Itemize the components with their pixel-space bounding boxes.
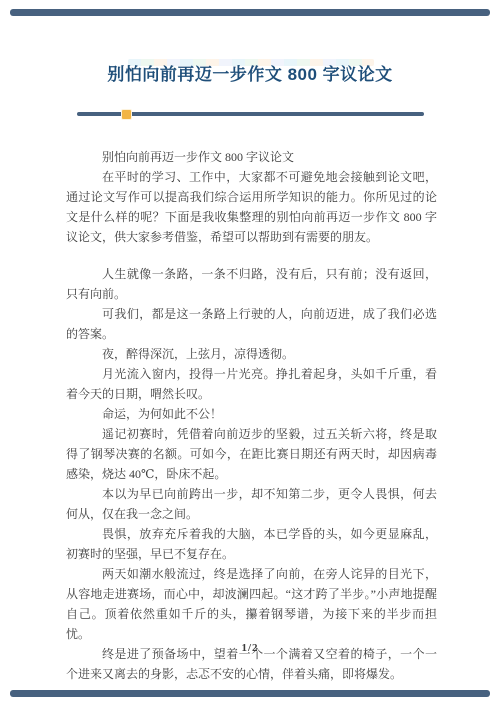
essay-paragraph: 别怕向前再迈一步作文 800 字议论文 <box>66 147 437 167</box>
divider-square-icon <box>121 109 132 120</box>
essay-paragraph: 遥记初赛时，凭借着向前迈步的坚毅，过五关斩六将，终是取得了钢琴决赛的名额。可如今… <box>66 424 437 484</box>
essay-paragraph: 月光流入窗内，投得一片光亮。挣扎着起身，头如千斤重，看着今天的日期，喟然长叹。 <box>66 364 437 404</box>
essay-paragraph: 本以为早已向前跨出一步，却不知第二步，更令人畏惧，何去何从，仅在我一念之间。 <box>66 484 437 524</box>
essay-paragraph: 两天如潮水般流过，终是选择了向前，在旁人诧异的目光下，从容地走进赛场，而心中，却… <box>66 564 437 644</box>
essay-paragraph: 在平时的学习、工作中，大家都不可避免地会接触到论文吧，通过论文写作可以提高我们综… <box>66 167 437 247</box>
document-title: 别怕向前再迈一步作文 800 字议论文 <box>0 60 500 85</box>
essay-paragraph: 夜，醉得深沉，上弦月，凉得透彻。 <box>66 344 437 364</box>
page-number: 1/2 <box>0 642 500 654</box>
essay-paragraph: 可我们，都是这一条路上行驶的人，向前迈进，成了我们必选的答案。 <box>66 304 437 344</box>
bottom-accent-bar <box>10 690 490 697</box>
top-accent-bar <box>10 9 490 16</box>
essay-paragraph: 畏惧，放弃充斥着我的大脑，本已学昏的头，如今更显麻乱，初赛时的坚强，早已不复存在… <box>66 524 437 564</box>
document-body: 别怕向前再迈一步作文 800 字议论文在平时的学习、工作中，大家都不可避免地会接… <box>66 147 437 684</box>
title-divider <box>77 112 424 116</box>
essay-paragraph: 命运，为何如此不公！ <box>66 404 437 424</box>
essay-paragraph: 人生就像一条路，一条不归路，没有后，只有前；没有返回，只有向前。 <box>66 264 437 304</box>
document-page: 别怕向前再迈一步作文 800 字议论文 别怕向前再迈一步作文 800 字议论文在… <box>0 0 500 707</box>
